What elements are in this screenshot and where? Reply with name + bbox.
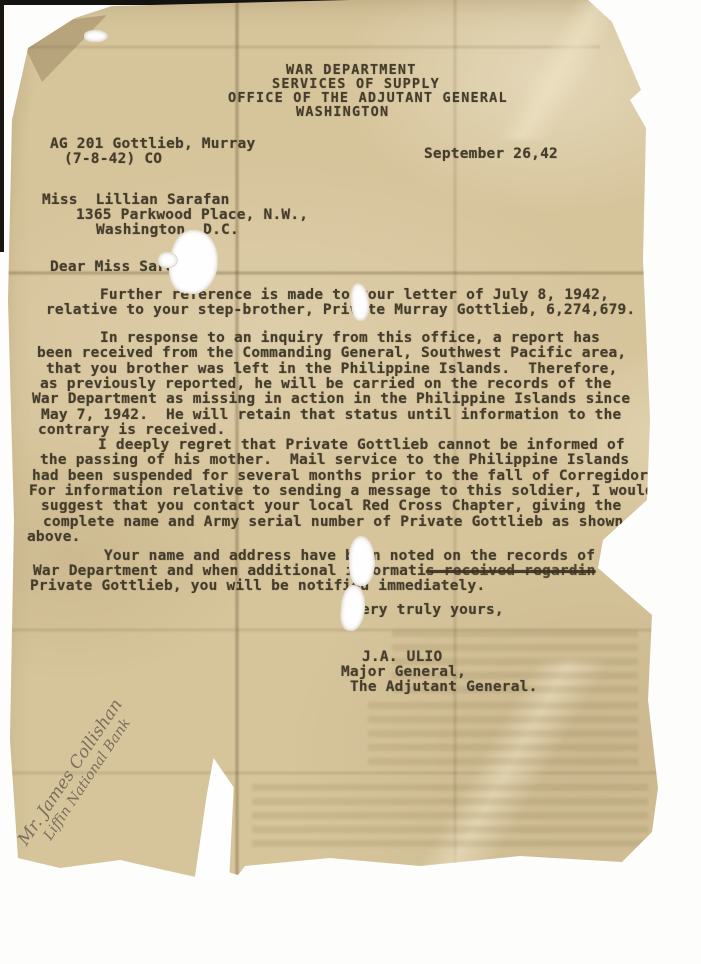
- signature-title: Major General,: [341, 664, 466, 680]
- body-line: the passing of his mother. Mail service …: [40, 452, 629, 468]
- letter-paper: WAR DEPARTMENT SERVICES OF SUPPLY OFFICE…: [0, 0, 701, 964]
- signature-title: The Adjutant General.: [350, 679, 538, 695]
- body-line: contrary is received.: [38, 422, 226, 438]
- bleedthrough-text: [252, 784, 648, 854]
- handwritten-note: Mr. James Collishan Liffin National Bank: [14, 695, 140, 858]
- bleedthrough-text: [368, 702, 638, 770]
- struck-text: s received regardin: [426, 563, 596, 579]
- body-line: been received from the Commanding Genera…: [37, 345, 626, 361]
- body-line: For information relative to sending a me…: [29, 483, 654, 499]
- corner-fold: [12, 12, 122, 92]
- handwritten-line: Mr. James Collishan: [14, 695, 127, 849]
- body-line: relative to your step-brother, Private M…: [46, 302, 635, 318]
- recipient-line: Miss Lillian Sarafan: [42, 192, 230, 208]
- signature-name: J.A. ULIO: [362, 649, 442, 665]
- recipient-line: 1365 Parkwood Place, N.W.,: [76, 207, 308, 223]
- tear-hole: [84, 30, 108, 42]
- letterhead-line: WASHINGTON: [296, 104, 389, 120]
- body-line: In response to an inquiry from this offi…: [100, 330, 600, 346]
- body-line: suggest that you contact your local Red …: [41, 498, 621, 514]
- recipient-line: Washington D.C.: [96, 222, 239, 238]
- body-line: that you brother was left in the Philipp…: [46, 361, 618, 377]
- scanned-letter-page: WAR DEPARTMENT SERVICES OF SUPPLY OFFICE…: [0, 0, 701, 964]
- reference-line: AG 201 Gottlieb, Murray: [50, 136, 255, 152]
- body-line: War Department and when additional infor…: [33, 563, 596, 579]
- tear-hole: [349, 536, 375, 586]
- scanner-edge-left: [0, 0, 4, 252]
- tear-hole: [158, 252, 178, 268]
- body-line: above.: [27, 529, 81, 545]
- body-line: War Department as missing in action in t…: [32, 391, 630, 407]
- body-line: complete name and Army serial number of …: [43, 514, 623, 530]
- body-line: May 7, 1942. He will retain that status …: [41, 407, 621, 423]
- body-line: I deeply regret that Private Gottlieb ca…: [98, 437, 625, 453]
- body-line: as previously reported, he will be carri…: [40, 376, 612, 392]
- body-line: had been suspended for several months pr…: [32, 468, 657, 484]
- reference-line: (7-8-42) CO: [64, 151, 162, 167]
- letter-date: September 26,42: [424, 146, 558, 162]
- body-line: Private Gottlieb, you will be notified i…: [30, 578, 485, 594]
- diagonal-crease: [470, 0, 650, 140]
- closing: Very truly yours,: [352, 602, 504, 618]
